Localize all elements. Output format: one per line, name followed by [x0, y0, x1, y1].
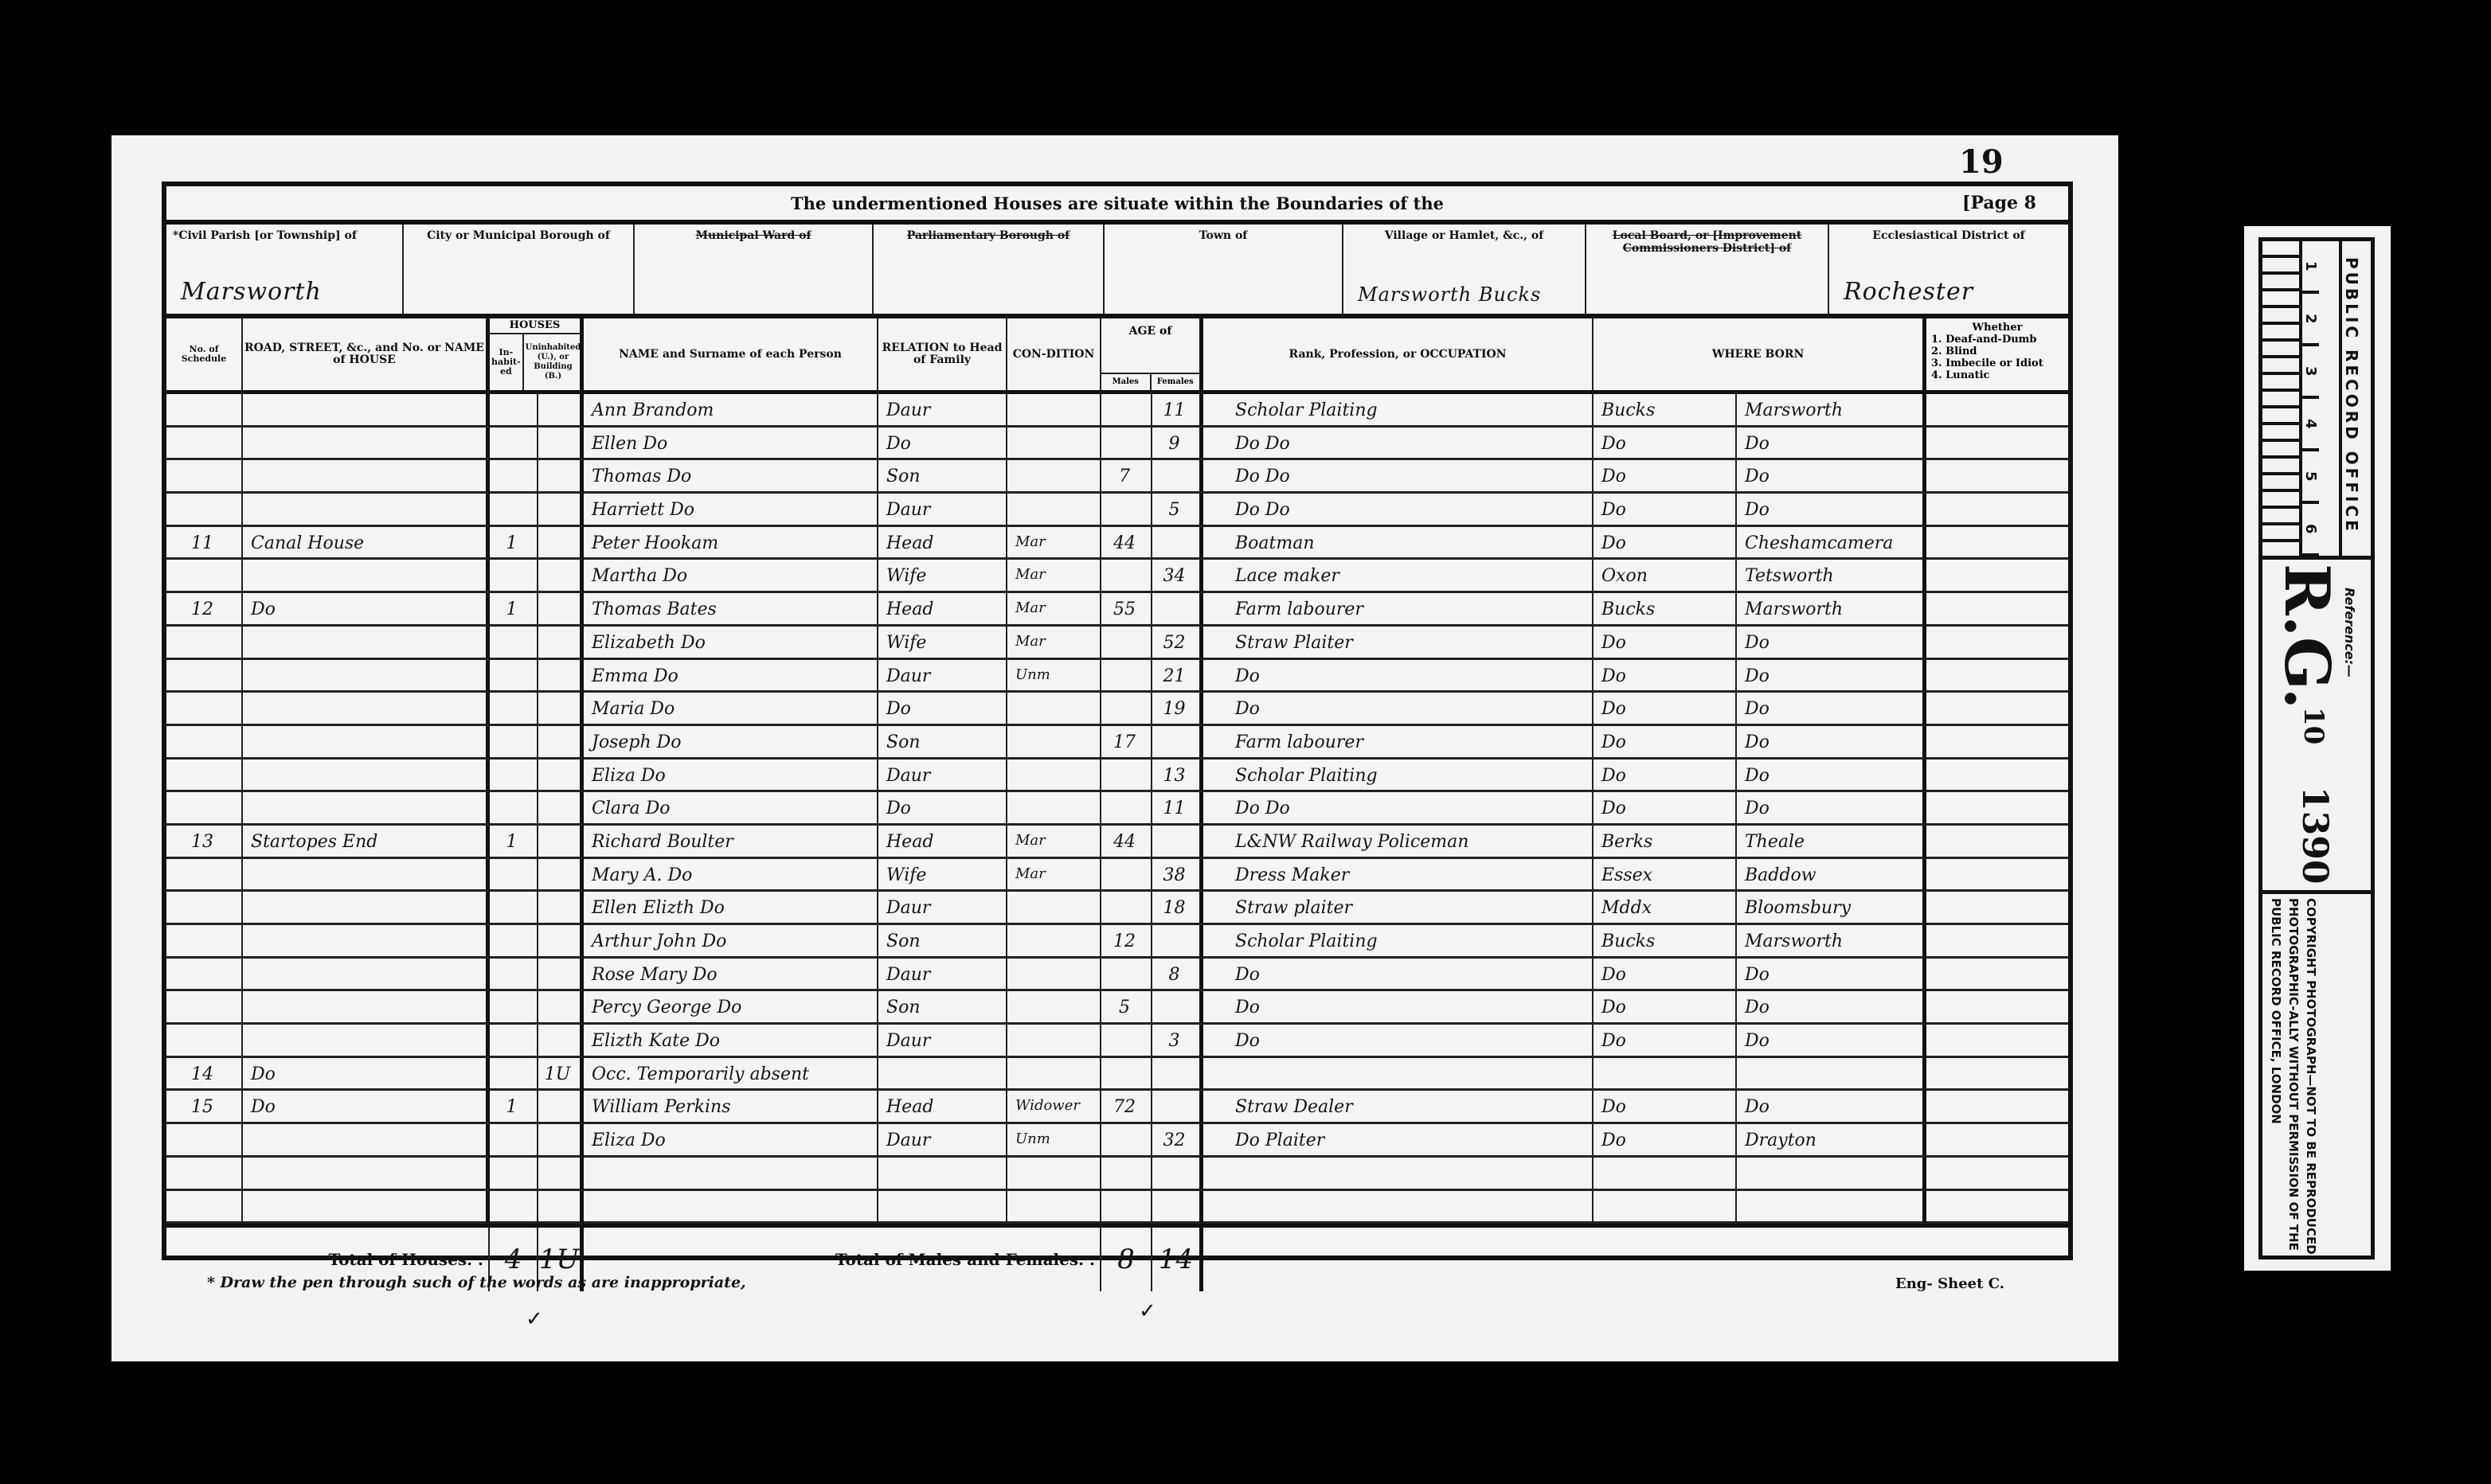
schedule-cell [166, 792, 243, 826]
occupation-cell [1203, 1191, 1594, 1224]
relation-cell: Son [878, 460, 1007, 494]
born-county-cell: Do [1594, 760, 1737, 793]
born-place-cell: Do [1737, 660, 1926, 693]
inhabited-cell [490, 792, 538, 826]
born-place-cell: Do [1737, 1091, 1926, 1124]
infirmity-cell [1926, 991, 2068, 1025]
name-cell: Thomas Bates [584, 593, 878, 627]
inhabited-cell [490, 660, 538, 693]
uninhabited-cell [538, 693, 584, 726]
header-road: ROAD, STREET, &c., and No. or NAME of HO… [243, 318, 486, 390]
female-age-cell [1152, 991, 1203, 1025]
place-label: Parliamentary Borough of [880, 229, 1097, 242]
schedule-cell: 12 [166, 593, 243, 627]
relation-cell: Daur [878, 892, 1007, 925]
female-age-cell: 18 [1152, 892, 1203, 925]
place-local-board: Local Board, or [Improvement Commissione… [1586, 225, 1829, 314]
uninhabited-cell: 1U [538, 1058, 584, 1092]
condition-cell [1007, 494, 1101, 527]
condition-cell: Unm [1007, 1124, 1101, 1158]
infirmity-cell [1926, 593, 2068, 627]
born-place-cell: Marsworth [1737, 394, 1926, 428]
road-cell: Do [243, 593, 490, 627]
road-cell: Do [243, 1091, 490, 1124]
name-cell: Harriett Do [584, 494, 878, 527]
piece-number: 1390 [2294, 787, 2335, 884]
place-value: Marsworth [181, 278, 322, 306]
female-age-cell [1152, 826, 1203, 859]
inhabited-cell: 1 [490, 1091, 538, 1124]
uninhabited-cell [538, 394, 584, 428]
table-row: Mary A. Do Wife Mar 38 Dress Maker Essex… [166, 859, 2068, 892]
male-age-cell [1101, 627, 1152, 660]
table-row: Percy George Do Son 5 Do Do Do [166, 991, 2068, 1025]
occupation-cell: Straw plaiter [1203, 892, 1594, 925]
table-row: 14 Do 1U Occ. Temporarily absent [166, 1058, 2068, 1092]
infirmity-cell [1926, 1025, 2068, 1058]
female-age-cell [1152, 1091, 1203, 1124]
uninhabited-cell [538, 760, 584, 793]
condition-cell: Mar [1007, 859, 1101, 892]
male-age-cell: 44 [1101, 826, 1152, 859]
header-houses-title: HOUSES [490, 318, 580, 334]
inhabited-cell [490, 959, 538, 992]
relation-cell [878, 1191, 1007, 1224]
road-cell [243, 560, 490, 593]
uninhabited-cell [538, 1158, 584, 1191]
name-cell: Emma Do [584, 660, 878, 693]
occupation-cell: Do Do [1203, 428, 1594, 461]
male-age-cell: 44 [1101, 527, 1152, 560]
place-label: *Civil Parish [or Township] of [173, 229, 396, 242]
header-inhabited: In-habit-ed [490, 334, 524, 390]
header-schedule: No. of Schedule [166, 318, 241, 390]
male-age-cell [1101, 394, 1152, 428]
relation-cell [878, 1058, 1007, 1092]
condition-cell [1007, 892, 1101, 925]
born-place-cell: Marsworth [1737, 593, 1926, 627]
infirmity-cell [1926, 726, 2068, 760]
census-rows: Ann Brandom Daur 11 Scholar Plaiting Buc… [166, 394, 2068, 1224]
road-cell [243, 428, 490, 461]
schedule-cell [166, 494, 243, 527]
infirmity-cell [1926, 1191, 2068, 1224]
reference-label: Reference:— [2342, 588, 2357, 678]
header-age: AGE of Males Females [1101, 318, 1199, 390]
born-county-cell: Do [1594, 1091, 1737, 1124]
inhabited-cell [490, 1158, 538, 1191]
check-mark-icon: ✓ [1139, 1299, 1156, 1323]
name-cell: Ann Brandom [584, 394, 878, 428]
occupation-cell [1203, 1058, 1594, 1092]
uninhabited-cell [538, 826, 584, 859]
born-place-cell: Do [1737, 428, 1926, 461]
occupation-cell: Scholar Plaiting [1203, 760, 1594, 793]
road-cell [243, 859, 490, 892]
relation-cell: Daur [878, 959, 1007, 992]
schedule-cell [166, 1124, 243, 1158]
page-label: [Page 8 [1962, 193, 2036, 213]
condition-cell [1007, 959, 1101, 992]
male-age-cell: 17 [1101, 726, 1152, 760]
schedule-cell: 15 [166, 1091, 243, 1124]
table-row: Arthur John Do Son 12 Scholar Plaiting B… [166, 925, 2068, 959]
born-place-cell: Baddow [1737, 859, 1926, 892]
inhabited-cell [490, 560, 538, 593]
born-county-cell: Do [1594, 693, 1737, 726]
place-value: Marsworth Bucks [1358, 283, 1541, 306]
born-county-cell: Essex [1594, 859, 1737, 892]
place-header-row: *Civil Parish [or Township] of Marsworth… [166, 225, 2068, 318]
born-county-cell: Do [1594, 959, 1737, 992]
born-place-cell [1737, 1191, 1926, 1224]
total-females: 14 [1152, 1228, 1203, 1291]
relation-cell: Daur [878, 1025, 1007, 1058]
road-cell [243, 660, 490, 693]
road-cell [243, 494, 490, 527]
male-age-cell [1101, 892, 1152, 925]
infirmity-cell [1926, 859, 2068, 892]
road-cell [243, 991, 490, 1025]
infirmity-cell [1926, 527, 2068, 560]
inhabited-cell [490, 494, 538, 527]
infirmity-cell [1926, 959, 2068, 992]
condition-cell: Mar [1007, 593, 1101, 627]
born-county-cell: Do [1594, 726, 1737, 760]
schedule-cell [166, 460, 243, 494]
table-row: 15 Do 1 William Perkins Head Widower 72 … [166, 1091, 2068, 1124]
header-infirmity: Whether 1. Deaf-and-Dumb 2. Blind 3. Imb… [1926, 318, 2068, 385]
table-row: 12 Do 1 Thomas Bates Head Mar 55 Farm la… [166, 593, 2068, 627]
schedule-cell [166, 959, 243, 992]
road-cell [243, 394, 490, 428]
name-cell: Ellen Do [584, 428, 878, 461]
born-county-cell: Do [1594, 1124, 1737, 1158]
relation-cell: Do [878, 693, 1007, 726]
census-sheet: 19 The undermentioned Houses are situate… [111, 135, 2118, 1361]
born-county-cell [1594, 1058, 1737, 1092]
occupation-cell: L&NW Railway Policeman [1203, 826, 1594, 859]
male-age-cell [1101, 1191, 1152, 1224]
male-age-cell [1101, 1058, 1152, 1092]
table-row: Martha Do Wife Mar 34 Lace maker Oxon Te… [166, 560, 2068, 593]
uninhabited-cell [538, 494, 584, 527]
inhabited-cell [490, 394, 538, 428]
relation-cell: Head [878, 826, 1007, 859]
female-age-cell: 13 [1152, 760, 1203, 793]
female-age-cell: 32 [1152, 1124, 1203, 1158]
place-value: Rochester [1844, 278, 1973, 306]
measurement-ruler: 1 2 3 4 5 6 PUBLIC RECORD OFFICE [2262, 241, 2371, 560]
name-cell: Arthur John Do [584, 925, 878, 959]
male-age-cell [1101, 660, 1152, 693]
uninhabited-cell [538, 527, 584, 560]
uninhabited-cell [538, 726, 584, 760]
table-row: Maria Do Do 19 Do Do Do [166, 693, 2068, 726]
table-row: Harriett Do Daur 5 Do Do Do Do [166, 494, 2068, 527]
schedule-cell: 14 [166, 1058, 243, 1092]
occupation-cell: Lace maker [1203, 560, 1594, 593]
occupation-cell: Do [1203, 660, 1594, 693]
female-age-cell: 5 [1152, 494, 1203, 527]
road-cell [243, 1191, 490, 1224]
condition-cell [1007, 925, 1101, 959]
female-age-cell [1152, 925, 1203, 959]
born-place-cell [1737, 1158, 1926, 1191]
occupation-cell: Do [1203, 991, 1594, 1025]
road-cell: Canal House [243, 527, 490, 560]
condition-cell [1007, 460, 1101, 494]
occupation-cell: Scholar Plaiting [1203, 925, 1594, 959]
occupation-cell: Do Do [1203, 460, 1594, 494]
male-age-cell [1101, 792, 1152, 826]
born-place-cell: Do [1737, 494, 1926, 527]
occupation-cell: Scholar Plaiting [1203, 394, 1594, 428]
relation-cell: Head [878, 527, 1007, 560]
infirmity-cell [1926, 693, 2068, 726]
uninhabited-cell [538, 660, 584, 693]
relation-cell: Head [878, 593, 1007, 627]
infirmity-cell [1926, 460, 2068, 494]
schedule-cell: 11 [166, 527, 243, 560]
born-county-cell: Do [1594, 792, 1737, 826]
condition-cell: Mar [1007, 527, 1101, 560]
born-place-cell: Do [1737, 959, 1926, 992]
header-occupation: Rank, Profession, or OCCUPATION [1203, 318, 1592, 390]
uninhabited-cell [538, 1091, 584, 1124]
place-label: Village or Hamlet, &c., of [1350, 229, 1578, 242]
male-age-cell [1101, 959, 1152, 992]
uninhabited-cell [538, 560, 584, 593]
born-place-cell: Theale [1737, 826, 1926, 859]
inhabited-cell: 1 [490, 826, 538, 859]
condition-cell: Mar [1007, 826, 1101, 859]
infirmity-cell [1926, 494, 2068, 527]
record-office-label: PUBLIC RECORD OFFICE [2342, 257, 2361, 534]
male-age-cell [1101, 760, 1152, 793]
name-cell: Clara Do [584, 792, 878, 826]
inhabited-cell [490, 726, 538, 760]
condition-cell [1007, 726, 1101, 760]
male-age-cell: 7 [1101, 460, 1152, 494]
road-cell: Startopes End [243, 826, 490, 859]
born-place-cell: Do [1737, 1025, 1926, 1058]
relation-cell: Daur [878, 394, 1007, 428]
table-row: Eliza Do Daur Unm 32 Do Plaiter Do Drayt… [166, 1124, 2068, 1158]
table-row: Emma Do Daur Unm 21 Do Do Do [166, 660, 2068, 693]
census-form: The undermentioned Houses are situate wi… [162, 182, 2073, 1260]
born-place-cell: Marsworth [1737, 925, 1926, 959]
uninhabited-cell [538, 925, 584, 959]
infirmity-cell [1926, 660, 2068, 693]
condition-cell [1007, 428, 1101, 461]
place-label: Ecclesiastical District of [1836, 229, 2062, 242]
place-label: Town of [1111, 229, 1335, 242]
name-cell: Eliza Do [584, 1124, 878, 1158]
table-row: 11 Canal House 1 Peter Hookam Head Mar 4… [166, 527, 2068, 560]
male-age-cell: 72 [1101, 1091, 1152, 1124]
relation-cell: Wife [878, 627, 1007, 660]
schedule-cell [166, 394, 243, 428]
occupation-cell: Straw Dealer [1203, 1091, 1594, 1124]
male-age-cell: 55 [1101, 593, 1152, 627]
female-age-cell [1152, 527, 1203, 560]
name-cell [584, 1158, 878, 1191]
road-cell [243, 1124, 490, 1158]
road-cell [243, 627, 490, 660]
place-parliamentary-borough: Parliamentary Borough of [874, 225, 1105, 314]
schedule-cell [166, 1191, 243, 1224]
place-civil-parish: *Civil Parish [or Township] of Marsworth [166, 225, 404, 314]
born-county-cell: Do [1594, 991, 1737, 1025]
inhabited-cell [490, 693, 538, 726]
reference-card: 1 2 3 4 5 6 PUBLIC RECORD OFFICE R.G. Re… [2244, 226, 2391, 1271]
born-place-cell: Do [1737, 991, 1926, 1025]
schedule-cell [166, 428, 243, 461]
female-age-cell [1152, 1158, 1203, 1191]
uninhabited-cell [538, 959, 584, 992]
inhabited-cell [490, 460, 538, 494]
infirmity-cell [1926, 1124, 2068, 1158]
female-age-cell: 8 [1152, 959, 1203, 992]
relation-cell: Do [878, 428, 1007, 461]
born-place-cell: Do [1737, 726, 1926, 760]
schedule-cell [166, 726, 243, 760]
relation-cell: Daur [878, 1124, 1007, 1158]
ruler-scale-icon [2262, 241, 2302, 556]
header-condition: CON-DITION [1007, 318, 1100, 390]
schedule-cell [166, 991, 243, 1025]
infirmity-cell [1926, 394, 2068, 428]
table-row [166, 1158, 2068, 1191]
condition-cell [1007, 394, 1101, 428]
header-relation: RELATION to Head of Family [878, 318, 1006, 390]
inhabited-cell [490, 1025, 538, 1058]
uninhabited-cell [538, 428, 584, 461]
road-cell: Do [243, 1058, 490, 1092]
infirmity-cell [1926, 1158, 2068, 1191]
condition-cell: Unm [1007, 660, 1101, 693]
name-cell: Occ. Temporarily absent [584, 1058, 878, 1092]
condition-cell [1007, 1025, 1101, 1058]
form-title-text: The undermentioned Houses are situate wi… [791, 193, 1444, 213]
schedule-cell [166, 925, 243, 959]
road-cell [243, 460, 490, 494]
born-place-cell: Do [1737, 760, 1926, 793]
condition-cell [1007, 693, 1101, 726]
name-cell: Rose Mary Do [584, 959, 878, 992]
ruler-boxes: 1 2 3 4 5 6 [2302, 241, 2342, 556]
born-county-cell: Oxon [1594, 560, 1737, 593]
relation-cell [878, 1158, 1007, 1191]
name-cell: Ellen Elizth Do [584, 892, 878, 925]
road-cell [243, 726, 490, 760]
occupation-cell: Do Do [1203, 792, 1594, 826]
relation-cell: Wife [878, 560, 1007, 593]
name-cell: Percy George Do [584, 991, 878, 1025]
relation-cell: Daur [878, 760, 1007, 793]
male-age-cell [1101, 693, 1152, 726]
header-uninhabited: Uninhabited (U.), or Building (B.) [524, 334, 583, 390]
relation-cell: Son [878, 991, 1007, 1025]
born-county-cell: Do [1594, 627, 1737, 660]
schedule-cell [166, 660, 243, 693]
inhabited-cell: 1 [490, 527, 538, 560]
name-cell: Elizth Kate Do [584, 1025, 878, 1058]
relation-cell: Son [878, 726, 1007, 760]
table-row: Rose Mary Do Daur 8 Do Do Do [166, 959, 2068, 992]
condition-cell: Mar [1007, 627, 1101, 660]
female-age-cell [1152, 1191, 1203, 1224]
folio-number: 19 [1959, 143, 2004, 181]
class-number: 10 [2297, 707, 2329, 744]
male-age-cell [1101, 1025, 1152, 1058]
place-municipal-borough: City or Municipal Borough of [404, 225, 635, 314]
infirmity-cell [1926, 826, 2068, 859]
table-row: Joseph Do Son 17 Farm labourer Do Do [166, 726, 2068, 760]
inhabited-cell [490, 428, 538, 461]
inhabited-cell [490, 925, 538, 959]
uninhabited-cell [538, 1124, 584, 1158]
sheet-reference: Eng- Sheet C. [1895, 1275, 2004, 1292]
occupation-cell: Boatman [1203, 527, 1594, 560]
male-age-cell [1101, 494, 1152, 527]
place-village: Village or Hamlet, &c., of Marsworth Buc… [1343, 225, 1586, 314]
place-label: Municipal Ward of [641, 229, 866, 242]
name-cell: Elizabeth Do [584, 627, 878, 660]
header-males: Males [1101, 374, 1152, 390]
female-age-cell: 52 [1152, 627, 1203, 660]
female-age-cell: 9 [1152, 428, 1203, 461]
born-county-cell: Mddx [1594, 892, 1737, 925]
female-age-cell: 3 [1152, 1025, 1203, 1058]
born-place-cell: Cheshamcamera [1737, 527, 1926, 560]
table-row: Eliza Do Daur 13 Scholar Plaiting Do Do [166, 760, 2068, 793]
schedule-cell [166, 560, 243, 593]
name-cell: Mary A. Do [584, 859, 878, 892]
condition-cell [1007, 1158, 1101, 1191]
uninhabited-cell [538, 460, 584, 494]
infirmity-cell [1926, 760, 2068, 793]
relation-cell: Daur [878, 660, 1007, 693]
female-age-cell [1152, 593, 1203, 627]
relation-cell: Head [878, 1091, 1007, 1124]
total-males: 8 [1101, 1228, 1152, 1291]
occupation-cell: Do [1203, 959, 1594, 992]
relation-cell: Do [878, 792, 1007, 826]
class-prefix: R.G. [2270, 564, 2343, 709]
name-cell: William Perkins [584, 1091, 878, 1124]
name-cell: Peter Hookam [584, 527, 878, 560]
occupation-cell: Do Plaiter [1203, 1124, 1594, 1158]
infirmity-cell [1926, 627, 2068, 660]
male-age-cell: 12 [1101, 925, 1152, 959]
table-row: Thomas Do Son 7 Do Do Do Do [166, 460, 2068, 494]
born-county-cell: Berks [1594, 826, 1737, 859]
male-age-cell: 5 [1101, 991, 1152, 1025]
born-county-cell: Do [1594, 1025, 1737, 1058]
born-place-cell [1737, 1058, 1926, 1092]
inhabited-cell [490, 892, 538, 925]
condition-cell [1007, 760, 1101, 793]
place-label: City or Municipal Borough of [410, 229, 627, 242]
occupation-cell: Do Do [1203, 494, 1594, 527]
uninhabited-cell [538, 1191, 584, 1224]
table-row: Elizabeth Do Wife Mar 52 Straw Plaiter D… [166, 627, 2068, 660]
road-cell [243, 925, 490, 959]
born-county-cell: Bucks [1594, 394, 1737, 428]
female-age-cell [1152, 1058, 1203, 1092]
